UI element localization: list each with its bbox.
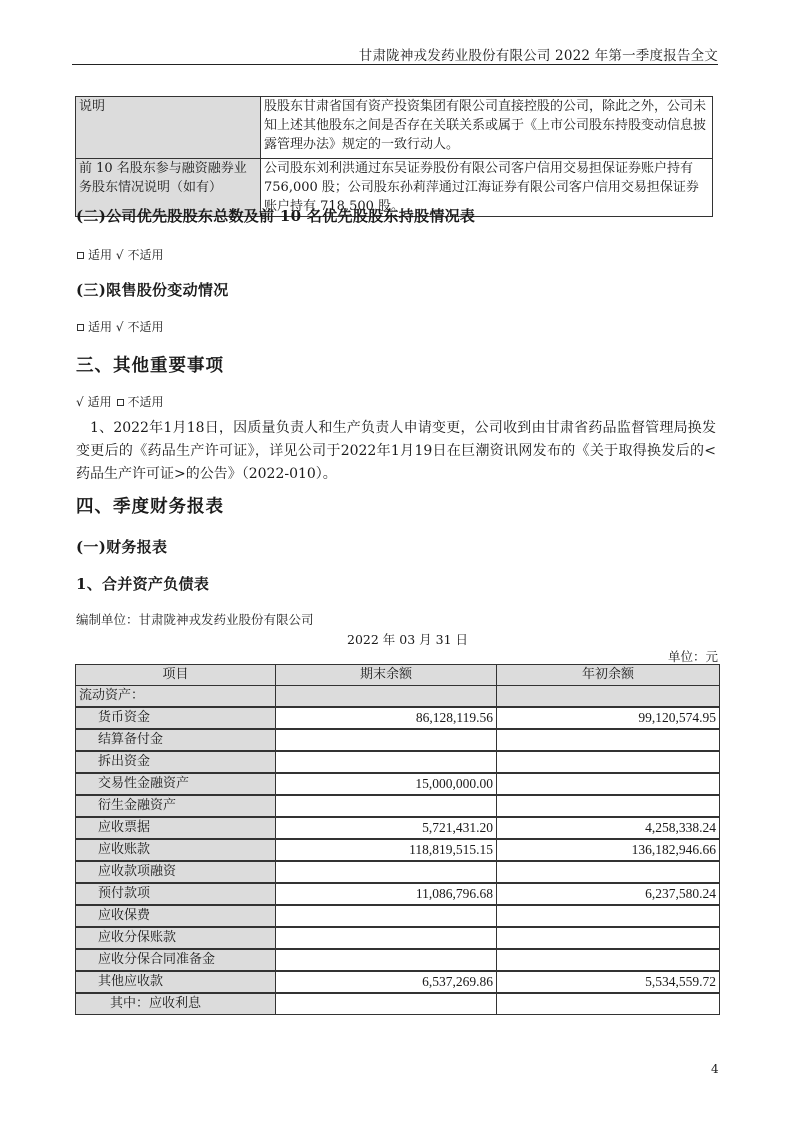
row-item: 衍生金融资产 — [76, 795, 276, 817]
not-applicable-label: 不适用 — [128, 320, 164, 334]
row-period-end — [276, 751, 497, 773]
row-period-end: 15,000,000.00 — [276, 773, 497, 795]
row-year-begin — [497, 729, 720, 751]
row-item: 结算备付金 — [76, 729, 276, 751]
other-matters-paragraph: 1、2022年1月18日，因质量负责人和生产负责人申请变更，公司收到由甘肃省药品… — [76, 417, 716, 486]
checkmark-icon: √ — [116, 320, 124, 334]
info-content: 股股东甘肃省国有资产投资集团有限公司直接控股的公司，除此之外，公司未知上述其他股… — [261, 97, 713, 159]
applicable-label: 适用 — [88, 320, 112, 334]
applicability-option: √适用 不适用 — [76, 393, 164, 410]
table-header-row: 项目 期末余额 年初余额 — [76, 665, 720, 686]
row-item: 其他应收款 — [76, 971, 276, 993]
table-row: 衍生金融资产 — [76, 795, 720, 817]
row-item: 应收账款 — [76, 839, 276, 861]
header-rule — [72, 64, 718, 65]
table-row: 货币资金 86,128,119.56 99,120,574.95 — [76, 707, 720, 729]
row-period-end — [276, 905, 497, 927]
table-row: 应收分保合同准备金 — [76, 949, 720, 971]
row-item: 交易性金融资产 — [76, 773, 276, 795]
row-year-begin — [497, 751, 720, 773]
section-heading-financial-statements: 四、季度财务报表 — [76, 493, 224, 518]
row-period-end — [276, 861, 497, 883]
row-year-begin: 136,182,946.66 — [497, 839, 720, 861]
row-year-begin — [497, 949, 720, 971]
info-label: 说明 — [76, 97, 261, 159]
report-date: 2022 年 03 月 31 日 — [347, 630, 468, 648]
row-year-begin — [497, 795, 720, 817]
table-row: 其中：应收利息 — [76, 993, 720, 1015]
row-period-end — [276, 993, 497, 1015]
row-item: 应收票据 — [76, 817, 276, 839]
section-heading-preferred-shareholders: (二)公司优先股股东总数及前 10 名优先股股东持股情况表 — [76, 205, 475, 226]
row-item: 应收分保账款 — [76, 927, 276, 949]
checkbox-icon — [117, 399, 124, 406]
shareholder-info-table: 说明 股股东甘肃省国有资产投资集团有限公司直接控股的公司，除此之外，公司未知上述… — [75, 96, 713, 217]
row-period-end: 5,721,431.20 — [276, 817, 497, 839]
checkbox-icon — [77, 252, 84, 259]
section-label-current-assets: 流动资产： — [76, 686, 276, 708]
currency-unit: 单位：元 — [668, 647, 718, 665]
row-period-end: 86,128,119.56 — [276, 707, 497, 729]
row-period-end: 118,819,515.15 — [276, 839, 497, 861]
checkmark-icon: √ — [116, 248, 124, 262]
row-period-end — [276, 949, 497, 971]
not-applicable-label: 不适用 — [128, 248, 164, 262]
table-section-row: 流动资产： — [76, 686, 720, 708]
row-period-end — [276, 729, 497, 751]
row-year-begin — [497, 861, 720, 883]
row-period-end: 11,086,796.68 — [276, 883, 497, 905]
table-row: 其他应收款 6,537,269.86 5,534,559.72 — [76, 971, 720, 993]
section-heading-restricted-shares: (三)限售股份变动情况 — [76, 279, 229, 300]
row-year-begin: 5,534,559.72 — [497, 971, 720, 993]
column-header-year-begin: 年初余额 — [497, 665, 720, 686]
compiling-unit: 编制单位：甘肃陇神戎发药业股份有限公司 — [76, 610, 314, 628]
row-item: 预付款项 — [76, 883, 276, 905]
row-item: 应收保费 — [76, 905, 276, 927]
balance-sheet-table: 项目 期末余额 年初余额 流动资产： 货币资金 86,128,119.56 99… — [75, 664, 720, 1015]
applicability-option: 适用 √不适用 — [76, 246, 164, 263]
applicable-label: 适用 — [88, 248, 112, 262]
row-item: 应收款项融资 — [76, 861, 276, 883]
row-year-begin: 6,237,580.24 — [497, 883, 720, 905]
row-period-end — [276, 795, 497, 817]
table-row: 应收保费 — [76, 905, 720, 927]
row-year-begin — [497, 905, 720, 927]
table-row: 应收款项融资 — [76, 861, 720, 883]
checkbox-icon — [77, 324, 84, 331]
checkmark-icon: √ — [76, 395, 84, 409]
row-period-end: 6,537,269.86 — [276, 971, 497, 993]
row-item: 其中：应收利息 — [76, 993, 276, 1015]
table-row: 应收账款 118,819,515.15 136,182,946.66 — [76, 839, 720, 861]
not-applicable-label: 不适用 — [128, 395, 164, 409]
row-year-begin — [497, 773, 720, 795]
column-header-period-end: 期末余额 — [276, 665, 497, 686]
page-header-title: 甘肃陇神戎发药业股份有限公司 2022 年第一季度报告全文 — [72, 44, 718, 64]
column-header-item: 项目 — [76, 665, 276, 686]
row-item: 拆出资金 — [76, 751, 276, 773]
table-row: 交易性金融资产 15,000,000.00 — [76, 773, 720, 795]
applicability-option: 适用 √不适用 — [76, 318, 164, 335]
row-year-begin — [497, 927, 720, 949]
row-period-end — [276, 927, 497, 949]
page-number: 4 — [711, 1062, 719, 1076]
row-year-begin: 4,258,338.24 — [497, 817, 720, 839]
table-row: 应收票据 5,721,431.20 4,258,338.24 — [76, 817, 720, 839]
subsection-heading-financial-statements: (一)财务报表 — [76, 536, 167, 557]
row-year-begin — [497, 993, 720, 1015]
row-item: 应收分保合同准备金 — [76, 949, 276, 971]
table-row: 拆出资金 — [76, 751, 720, 773]
table-row: 预付款项 11,086,796.68 6,237,580.24 — [76, 883, 720, 905]
balance-sheet-title: 1、合并资产负债表 — [76, 573, 209, 594]
row-item: 货币资金 — [76, 707, 276, 729]
section-heading-other-matters: 三、其他重要事项 — [76, 352, 224, 377]
table-row: 结算备付金 — [76, 729, 720, 751]
table-row: 说明 股股东甘肃省国有资产投资集团有限公司直接控股的公司，除此之外，公司未知上述… — [76, 97, 713, 159]
applicable-label: 适用 — [88, 395, 112, 409]
table-row: 应收分保账款 — [76, 927, 720, 949]
row-year-begin: 99,120,574.95 — [497, 707, 720, 729]
